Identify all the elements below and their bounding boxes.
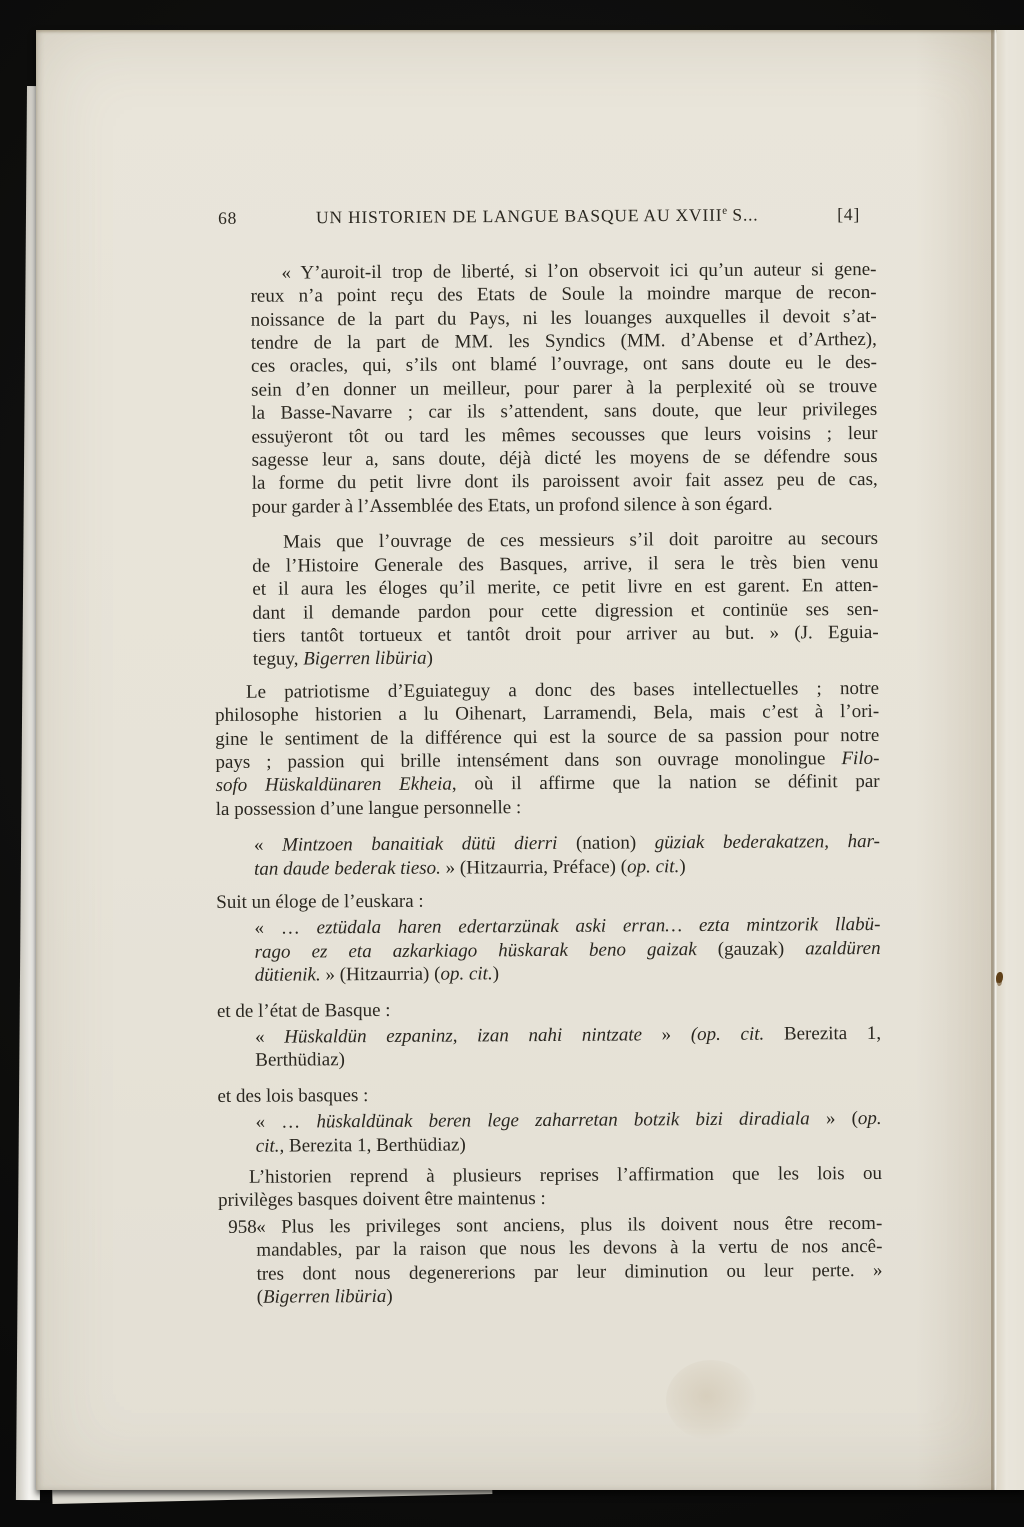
body-paragraph: L’historien reprend à plusieurs reprises… <box>218 1162 882 1213</box>
text-segment: et il aura les éloges qu’il merite, ce p… <box>252 575 878 600</box>
text-segment: dant il demande pardon pour cette digres… <box>252 598 878 623</box>
quote-paragraph: « … eztüdala haren edertarzünak aski err… <box>254 913 880 987</box>
italic-text: cit., <box>256 1135 285 1156</box>
text-segment: tiers tantôt tortueux et tantôt droit po… <box>253 622 879 647</box>
text-segment: » <box>642 1024 691 1045</box>
italic-text: (op. cit. <box>691 1024 765 1045</box>
italic-text: sofo Hüskaldünaren Ekheia <box>215 774 451 796</box>
italic-text: dütienik. <box>255 965 321 986</box>
adjacent-page-edge <box>997 30 1024 1490</box>
text-segment: Le patriotisme d’Eguiateguy a donc des b… <box>246 678 879 703</box>
text-segment: ) <box>679 856 685 877</box>
text-segment: « … <box>256 1112 317 1133</box>
text-segment: la forme du petit livre dont ils paroiss… <box>252 469 878 494</box>
text-line: « Mintzoen banaitiak dütü dierri (nation… <box>254 830 880 857</box>
text-segment: Berezita 1, <box>764 1023 881 1045</box>
paper-stain <box>666 1360 756 1440</box>
italic-text: rago ez eta azkarkiago hüskarak beno gai… <box>255 939 697 963</box>
page-title: UN HISTORIEN DE LANGUE BASQUE AU XVIIIe … <box>237 199 837 229</box>
text-segment: tendre de la part de MM. les Syndics (MM… <box>251 329 877 354</box>
italic-text: Bigerren libüria <box>303 648 426 670</box>
quote-paragraph: « Mintzoen banaitiak dütü dierri (nation… <box>254 830 880 881</box>
quote-paragraph: 958« Plus les privileges sont anciens, p… <box>256 1212 883 1309</box>
text-segment: « <box>254 835 282 856</box>
page-title-tail: S... <box>727 204 758 224</box>
text-line: dütienik. » (Hitzaurria) (op. cit.) <box>255 960 881 987</box>
text-line: L’historien reprend à plusieurs reprises… <box>218 1162 882 1189</box>
text-segment: et des lois basques : <box>217 1085 368 1107</box>
text-line: mandables, par la raison que nous les de… <box>256 1235 882 1262</box>
photo-background: 68 UN HISTORIEN DE LANGUE BASQUE AU XVII… <box>0 0 1024 1527</box>
italic-text: Filo- <box>841 748 879 769</box>
gutter-shading <box>916 30 993 1490</box>
text-line: sofo Hüskaldünaren Ekheia, où il affirme… <box>215 770 879 797</box>
text-segment: ces oracles, qui, s’ils ont blamé l’ouvr… <box>251 352 877 377</box>
text-segment: L’historien reprend à plusieurs reprises… <box>249 1163 882 1188</box>
text-line: et des lois basques : <box>217 1081 881 1108</box>
italic-text: Hüskaldün ezpaninz, izan nahi nintzate <box>284 1024 642 1047</box>
text-line: tiers tantôt tortueux et tantôt droit po… <box>253 621 879 648</box>
italic-text: Bigerren libüria <box>263 1286 386 1308</box>
text-segment: Berthüdiaz) <box>255 1050 345 1072</box>
text-segment: « … <box>254 918 316 939</box>
text-line: « … hüskaldünak beren lege zaharretan bo… <box>256 1107 882 1134</box>
italic-text: op. cit. <box>440 964 492 985</box>
text-segment: « Y’auroit-il trop de liberté, si l’on o… <box>281 259 876 284</box>
quote-paragraph: « Y’auroit-il trop de liberté, si l’on o… <box>250 258 878 519</box>
text-segment: « Plus les privileges sont anciens, plus… <box>256 1213 882 1238</box>
text-line: Suit un éloge de l’euskara : <box>216 887 880 914</box>
italic-text: azaldüren <box>805 938 880 959</box>
text-line: pour garder à l’Assemblée des Etats, un … <box>252 492 878 519</box>
text-line: (Bigerren libüria) <box>257 1282 883 1309</box>
text-segment: privilèges basques doivent être maintenu… <box>218 1188 546 1211</box>
text-segment: philosophe historien a lu Oihenart, Larr… <box>215 701 879 726</box>
text-line: la Basse-Navarre ; car ils s’attendent, … <box>251 398 877 425</box>
body-paragraph: et de l’état de Basque : <box>217 996 881 1023</box>
quote-paragraph: « Hüskaldün ezpaninz, izan nahi nintzate… <box>255 1022 881 1073</box>
text-segment: pays ; passion qui brille intensément da… <box>215 748 841 773</box>
book-page: 68 UN HISTORIEN DE LANGUE BASQUE AU XVII… <box>36 30 1024 1490</box>
body-paragraph: Le patriotisme d’Eguiateguy a donc des b… <box>215 677 880 821</box>
text-segment: gine le sentiment de la différence qui e… <box>215 724 879 749</box>
text-line: Berthüdiaz) <box>255 1045 881 1072</box>
text-line: et il aura les éloges qu’il merite, ce p… <box>252 574 878 601</box>
text-segment: ) <box>493 963 499 984</box>
quote-number: 958 <box>228 1216 257 1240</box>
text-segment: teguy, <box>253 649 304 670</box>
text-line: et de l’état de Basque : <box>217 996 881 1023</box>
page-number: 68 <box>212 207 237 230</box>
italic-text: güziak bederakatzen, har- <box>655 831 880 853</box>
text-segment: essuÿeront tôt ou tard les mêmes secouss… <box>251 423 877 448</box>
text-line: « Hüskaldün ezpaninz, izan nahi nintzate… <box>255 1022 881 1049</box>
text-segment: Suit un éloge de l’euskara : <box>216 891 423 913</box>
italic-text: eztüdala haren edertarzünak aski erran… … <box>317 914 881 938</box>
text-segment: et de l’état de Basque : <box>217 1000 391 1022</box>
italic-text: hüskaldünak beren lege zaharretan botzik… <box>316 1109 809 1133</box>
italic-text: tan daude bederak tieso. <box>254 857 441 879</box>
running-header: 68 UN HISTORIEN DE LANGUE BASQUE AU XVII… <box>212 199 876 230</box>
text-column: 68 UN HISTORIEN DE LANGUE BASQUE AU XVII… <box>212 199 883 1310</box>
text-line: cit., Berezita 1, Berthüdiaz) <box>256 1131 882 1158</box>
text-segment: Berezita 1, Berthüdiaz) <box>284 1134 466 1156</box>
text-line: « … eztüdala haren edertarzünak aski err… <box>254 913 880 940</box>
text-line: Mais que l’ouvrage de ces messieurs s’il… <box>252 527 878 554</box>
text-line: la forme du petit livre dont ils paroiss… <box>252 468 878 495</box>
quote-paragraph: « … hüskaldünak beren lege zaharretan bo… <box>256 1107 882 1158</box>
italic-text: op. cit. <box>627 856 679 877</box>
text-segment: sein d’en donner un meilleur, pour parer… <box>251 376 877 401</box>
page-title-main: UN HISTORIEN DE LANGUE BASQUE AU XVIII <box>316 205 722 227</box>
body-paragraph: et des lois basques : <box>217 1081 881 1108</box>
text-segment: (gauzak) <box>697 938 806 960</box>
text-line: teguy, Bigerren libüria) <box>253 644 879 671</box>
text-line: rago ez eta azkarkiago hüskarak beno gai… <box>255 937 881 964</box>
body-text: « Y’auroit-il trop de liberté, si l’on o… <box>212 258 882 1310</box>
folio-number: [4] <box>837 203 860 226</box>
italic-text: op. <box>858 1108 882 1129</box>
text-segment: (nation) <box>557 832 654 854</box>
text-segment: Mais que l’ouvrage de ces messieurs s’il… <box>283 528 878 553</box>
text-segment: sagesse leur a, sans doute, déjà dicté l… <box>252 446 878 471</box>
text-segment: pour garder à l’Assemblée des Etats, un … <box>252 493 773 517</box>
text-line: tres dont nous degenererions par leur di… <box>256 1259 882 1286</box>
text-segment: tres dont nous degenererions par leur di… <box>256 1260 882 1285</box>
text-line: philosophe historien a lu Oihenart, Larr… <box>215 700 879 727</box>
text-segment: « <box>255 1027 284 1048</box>
text-line: la possession d’une langue personnelle : <box>216 794 880 821</box>
quote-paragraph: Mais que l’ouvrage de ces messieurs s’il… <box>252 527 879 671</box>
text-segment: de l’Histoire Generale des Basques, arri… <box>252 552 878 577</box>
text-segment: mandables, par la raison que nous les de… <box>256 1236 882 1261</box>
text-segment: ) <box>427 648 433 669</box>
text-segment: » ( <box>810 1108 858 1129</box>
text-line: tan daude bederak tieso. » (Hitzaurria, … <box>254 854 880 881</box>
text-segment: » (Hitzaurria) ( <box>321 964 441 986</box>
body-paragraph: Suit un éloge de l’euskara : <box>216 887 880 914</box>
text-line: reux n’a point reçu des Etats de Soule l… <box>251 281 877 308</box>
text-segment: , où il affirme que la nation se définit… <box>452 771 880 795</box>
text-segment: » (Hitzaurria, Préface) ( <box>441 856 627 878</box>
text-segment: noissance de la part du Pays, ni les lou… <box>251 306 877 331</box>
text-line: privilèges basques doivent être maintenu… <box>218 1185 882 1212</box>
italic-text: Mintzoen banaitiak dütü dierri <box>282 833 557 856</box>
text-segment: reux n’a point reçu des Etats de Soule l… <box>251 282 877 307</box>
text-segment: la Basse-Navarre ; car ils s’attendent, … <box>251 399 877 424</box>
text-segment: ) <box>386 1286 392 1307</box>
text-segment: la possession d’une langue personnelle : <box>216 797 522 820</box>
